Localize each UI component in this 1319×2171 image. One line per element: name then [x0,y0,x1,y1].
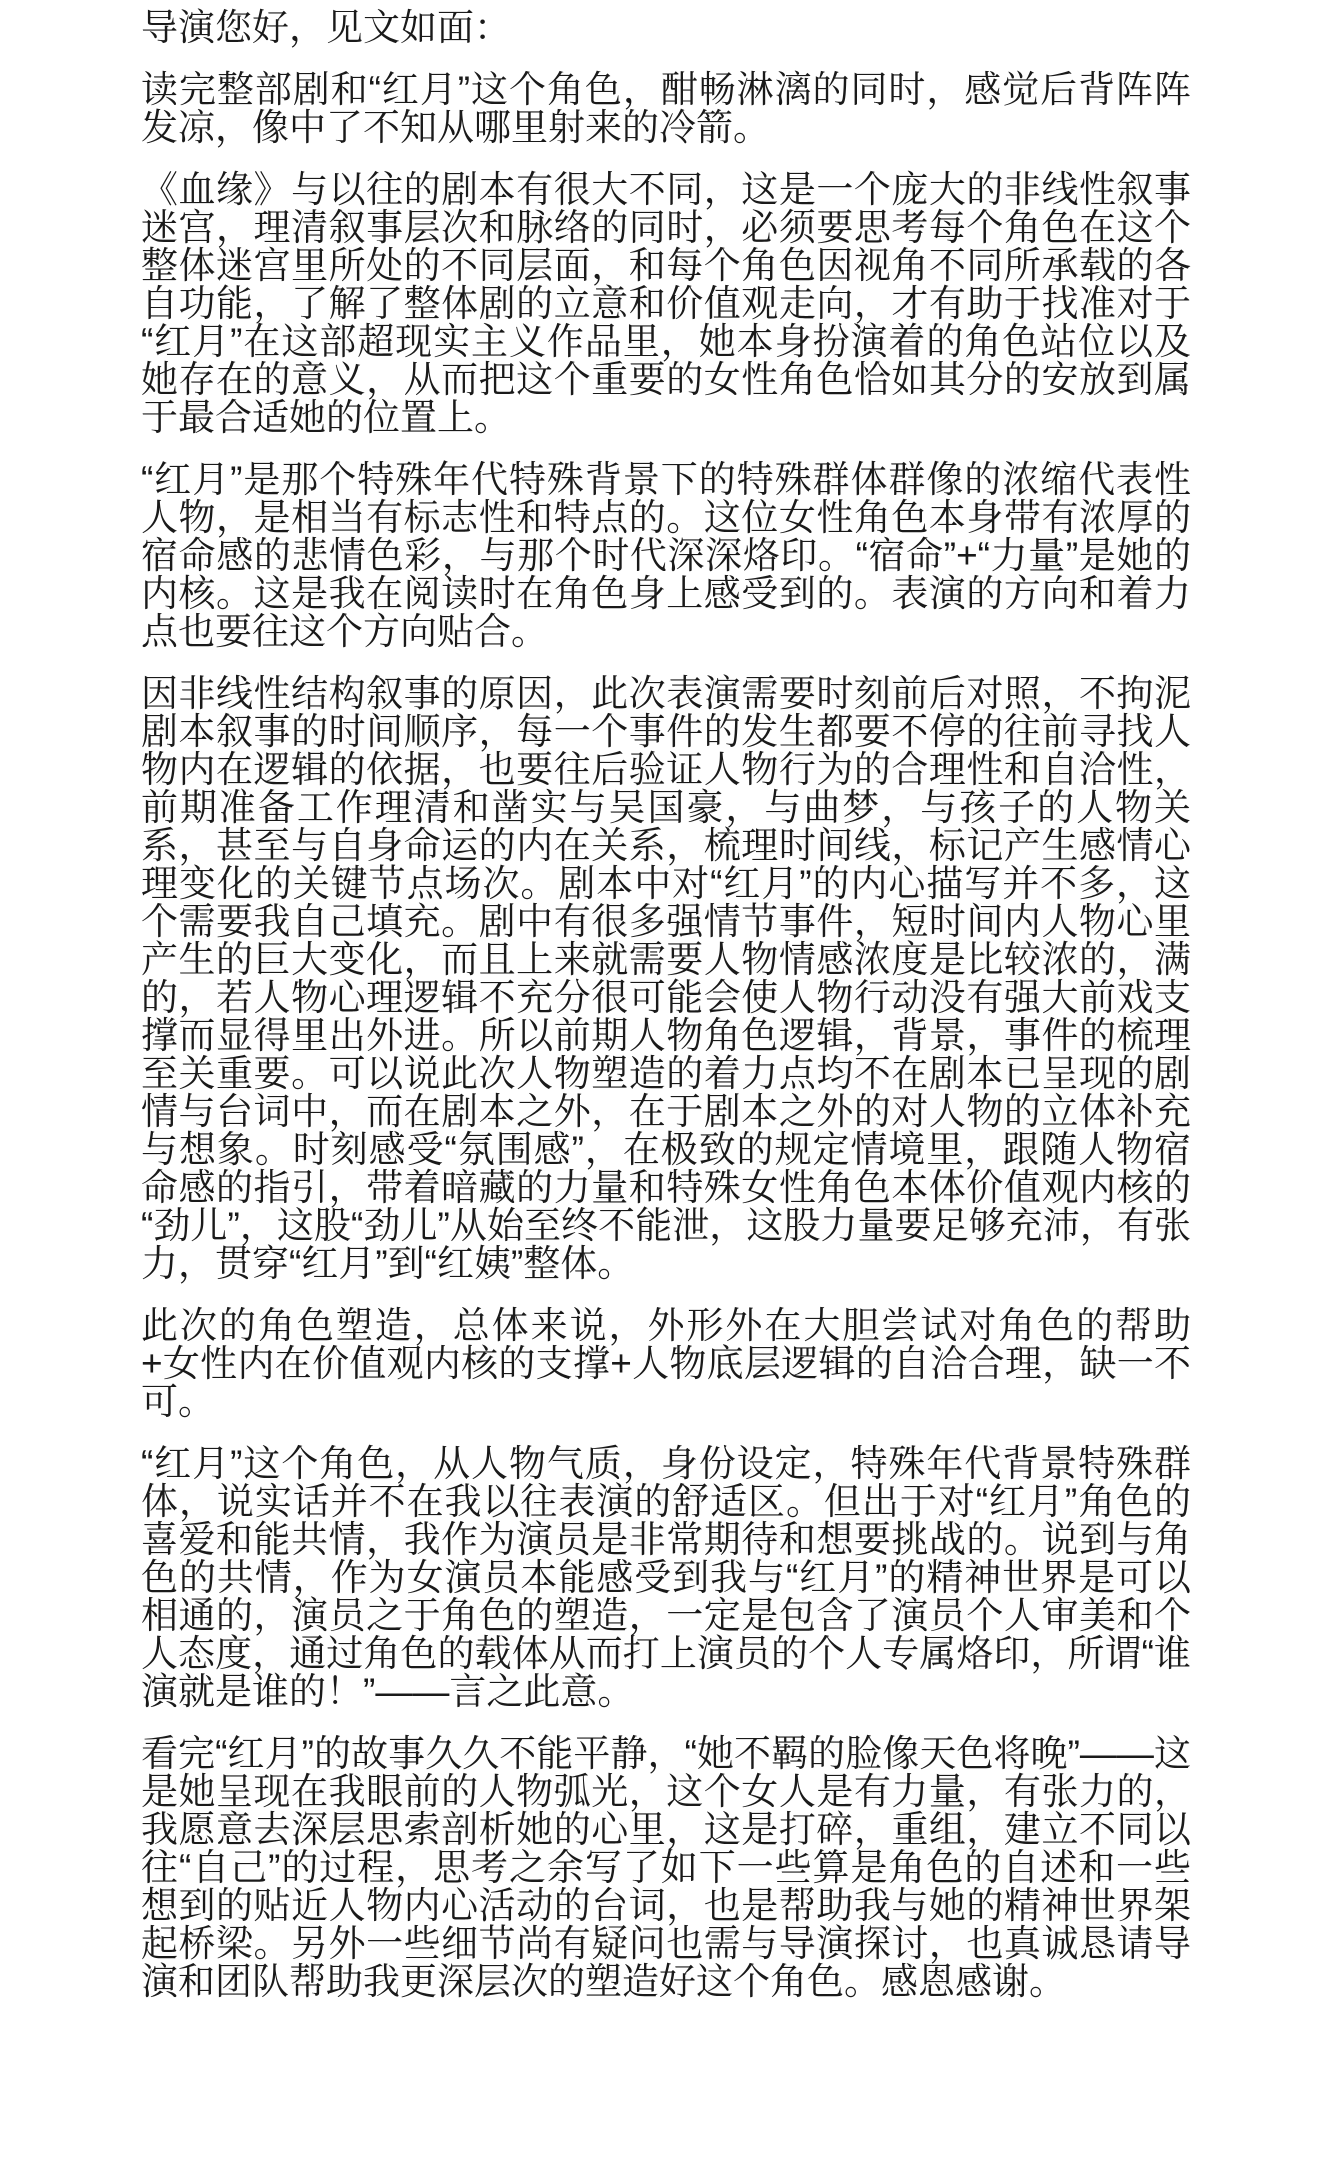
letter-paragraph-2: 《血缘》与以往的剧本有很大不同，这是一个庞大的非线性叙事迷宫，理清叙事层次和脉络… [141,171,1191,437]
document-page: 导演您好，见文如面： 读完整部剧和“红月”这个角色，酣畅淋漓的同时，感觉后背阵阵… [0,0,1319,2171]
letter-paragraph-7: 看完“红月”的故事久久不能平静，“她不羁的脸像天色将晚”——这是她呈现在我眼前的… [141,1735,1191,2001]
letter-paragraph-1: 读完整部剧和“红月”这个角色，酣畅淋漓的同时，感觉后背阵阵发凉，像中了不知从哪里… [141,71,1191,147]
letter-body: 导演您好，见文如面： 读完整部剧和“红月”这个角色，酣畅淋漓的同时，感觉后背阵阵… [141,9,1191,2001]
letter-paragraph-3: “红月”是那个特殊年代特殊背景下的特殊群体群像的浓缩代表性人物，是相当有标志性和… [141,461,1191,651]
letter-paragraph-4: 因非线性结构叙事的原因，此次表演需要时刻前后对照，不拘泥剧本叙事的时间顺序，每一… [141,675,1191,1283]
letter-paragraph-6: “红月”这个角色，从人物气质，身份设定，特殊年代背景特殊群体，说实话并不在我以往… [141,1445,1191,1711]
letter-salutation: 导演您好，见文如面： [141,9,1191,47]
letter-paragraph-5: 此次的角色塑造，总体来说，外形外在大胆尝试对角色的帮助+女性内在价值观内核的支撑… [141,1307,1191,1421]
